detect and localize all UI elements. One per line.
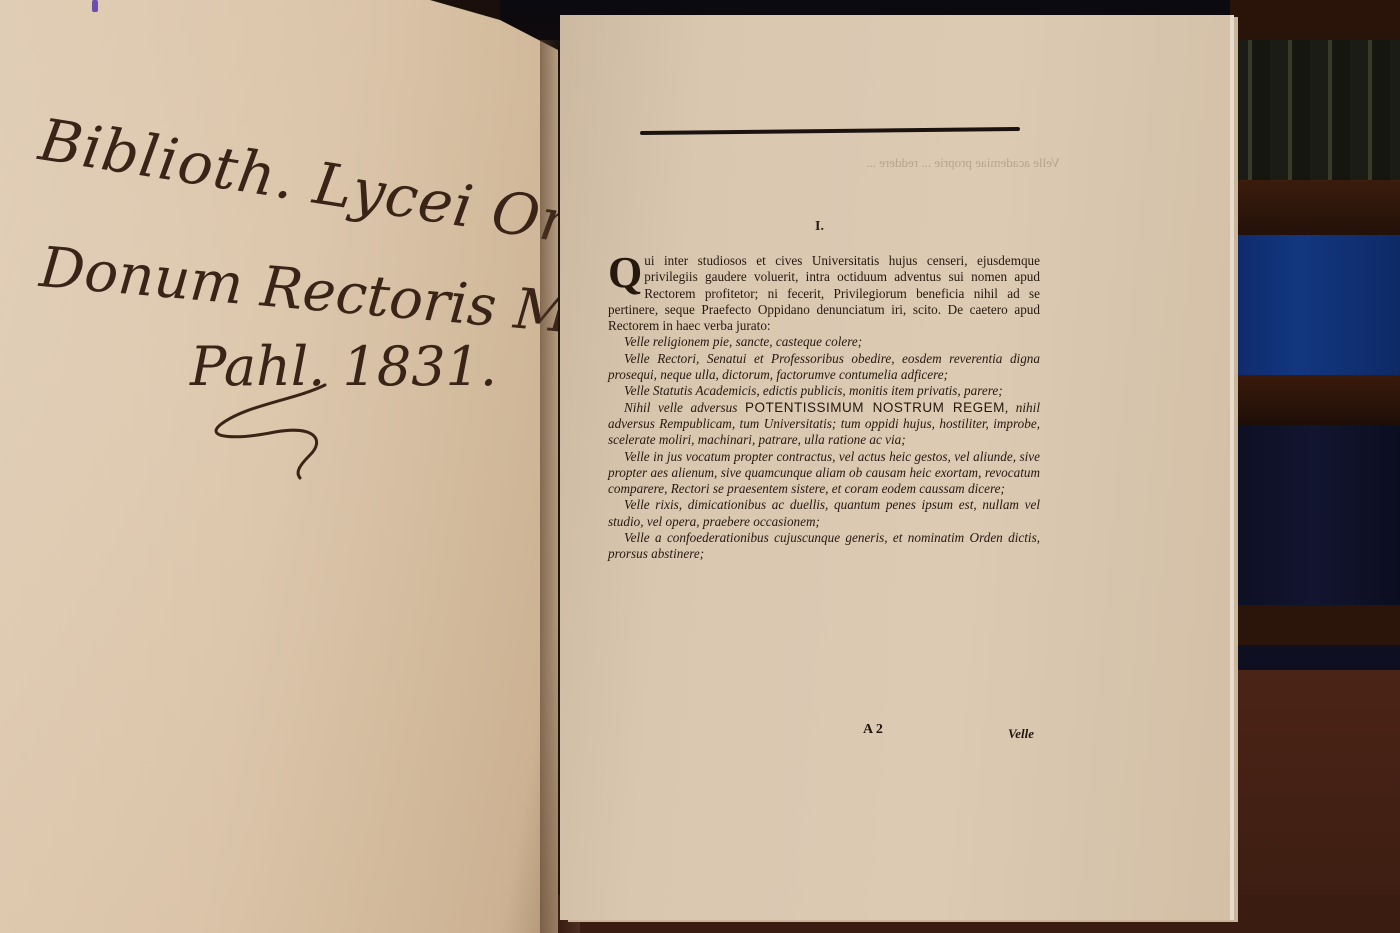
oath-line: Velle in jus vocatum propter contractus,… [608, 449, 1040, 498]
oath-caps: POTENTISSIMUM NOSTRUM REGEM [745, 400, 1005, 415]
oath-prefix: Nihil velle adversus [624, 400, 745, 415]
head-rule-divider [640, 127, 1020, 135]
signature-mark: A 2 [863, 722, 883, 738]
book-spines-dark [1230, 40, 1400, 180]
signature-flourish-icon [205, 380, 345, 480]
intro-paragraph: Qui inter studiosos et cives Universitat… [608, 253, 1040, 334]
wooden-table [1200, 670, 1400, 933]
bookshelf-plank [1230, 0, 1400, 40]
oath-line: Velle religionem pie, sancte, casteque c… [608, 334, 1040, 350]
oath-line: Velle a confoederationibus cujuscunque g… [608, 530, 1040, 563]
book-spines-blue [1230, 235, 1400, 375]
bookshelf-plank [1230, 375, 1400, 425]
oath-line: Velle rixis, dimicationibus ac duellis, … [608, 497, 1040, 530]
section-number: I. [815, 219, 824, 235]
drop-cap: Q [608, 255, 642, 291]
bookshelf-plank [1230, 605, 1400, 645]
oath-line: Velle Rectori, Senatui et Professoribus … [608, 351, 1040, 384]
bookshelf-plank [1230, 180, 1400, 235]
book-spines-navy [1230, 425, 1400, 605]
catchword: Velle [1008, 726, 1034, 742]
printed-text-block: Qui inter studiosos et cives Universitat… [608, 253, 1040, 563]
oath-line-king: Nihil velle adversus POTENTISSIMUM NOSTR… [608, 400, 1040, 449]
ink-mark [92, 0, 98, 12]
right-page: Velle academiae proprie ... reddere ... … [560, 15, 1230, 920]
left-page: Biblioth. Lycei Oring. Donum Rectoris M.… [0, 0, 558, 933]
intro-text: ui inter studiosos et cives Universitati… [608, 253, 1040, 333]
show-through-text: Velle academiae proprie ... reddere ... [620, 155, 1060, 171]
oath-line: Velle Statutis Academicis, edictis publi… [608, 383, 1040, 399]
